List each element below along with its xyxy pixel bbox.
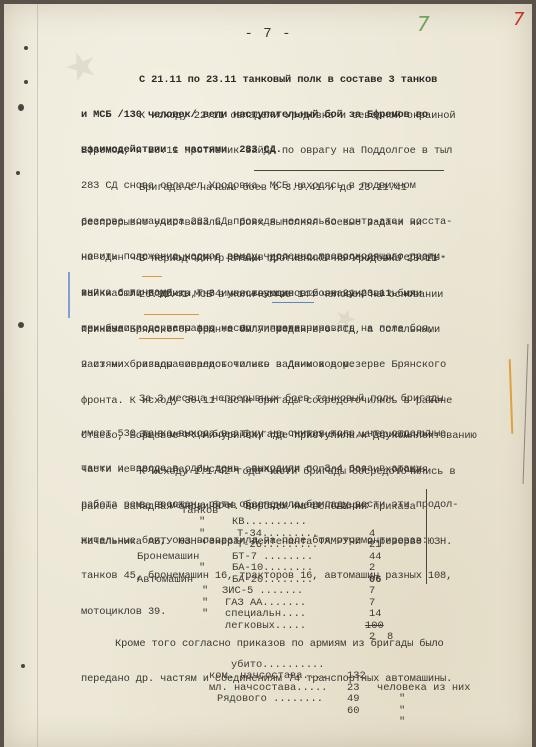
table-row: " ГАЗ АА....... 14 — [137, 575, 427, 587]
text-line: За 3 месяца непрерывных боев танковый по… — [81, 394, 533, 406]
handwritten-underline — [254, 170, 444, 171]
pencil-margin-mark-blue — [68, 272, 70, 318]
table-row: " легковых..... 2 — [137, 598, 427, 610]
table-row: " специальн.... 100 8 — [137, 586, 427, 598]
row-suffix: " — [399, 717, 405, 729]
punch-hole — [24, 46, 28, 50]
text-line: беспрерывно участвовала в боях выполняя … — [81, 218, 533, 230]
table-row: мл. начсостава..... 49 " — [209, 671, 529, 683]
table-row: Рядового ........ 60 " — [209, 683, 529, 695]
pencil-underline-orange — [139, 338, 184, 339]
row-name: Рядового ........ — [217, 694, 323, 706]
punch-hole — [18, 322, 24, 328]
pencil-underline-blue — [272, 302, 314, 303]
table-row: Бронемашин БА-10........ 06 — [137, 540, 427, 552]
pencil-underline-orange — [144, 314, 199, 315]
fold-line — [37, 4, 38, 747]
punch-hole — [18, 104, 24, 111]
text-line: Бригада с начала боев с 3.9.41 и до 23.1… — [81, 183, 533, 195]
punch-hole — [24, 80, 28, 84]
text-line: Ефремов, и 23.11 противник зайдя по овра… — [81, 146, 533, 158]
punch-hole — [21, 664, 25, 668]
page-number: - 7 - — [4, 26, 532, 42]
losses-table: Танков КВ.......... 4 " Т-34......... 21… — [137, 494, 427, 609]
punch-hole — [16, 171, 20, 175]
text-line: приказа Брянского фронта был передан в 6… — [81, 325, 533, 337]
table-row: Автомашин ЗИС-5 ....... 7 — [137, 563, 427, 575]
row-value: 49 — [347, 694, 359, 706]
table-row: убито.......... 132 человека из них — [209, 648, 529, 660]
row-suffix: " — [399, 694, 405, 706]
text-line: За 3 месяца боев бригада пополнения мате… — [81, 430, 533, 442]
margin-line — [426, 489, 427, 584]
table-row: " Т-26......... 44 — [137, 517, 427, 529]
table-row: " БТ-7 ........ 2 — [137, 529, 427, 541]
row-value: 60 — [347, 706, 359, 718]
pencil-underline-orange — [142, 276, 162, 277]
personnel-table: убито.......... 132 человека из них ком.… — [209, 648, 529, 694]
table-row: " Т-34......... 21 — [137, 506, 427, 518]
table-row: " БА-20........ 7 — [137, 552, 427, 564]
text-line: В период контр-атаки противника на Уродо… — [81, 254, 533, 266]
table-row: ком. начсостава.... 23 " — [209, 660, 529, 672]
text-line: К исходу 22.11 овладели Уродовка и север… — [81, 111, 533, 123]
text-line: С 21.11 по 23.11 танковый полк в составе… — [81, 75, 533, 87]
document-page: ★ ★ 7 7 - 7 - С 21.11 по 23.11 танковый … — [4, 4, 532, 747]
text-line: части не получала, быстрая эвакуация с п… — [81, 465, 533, 477]
table-row: Танков КВ.......... 4 — [137, 494, 427, 506]
text-line: 26.11.41 МСБ в количестве 144 человек на… — [81, 290, 533, 302]
